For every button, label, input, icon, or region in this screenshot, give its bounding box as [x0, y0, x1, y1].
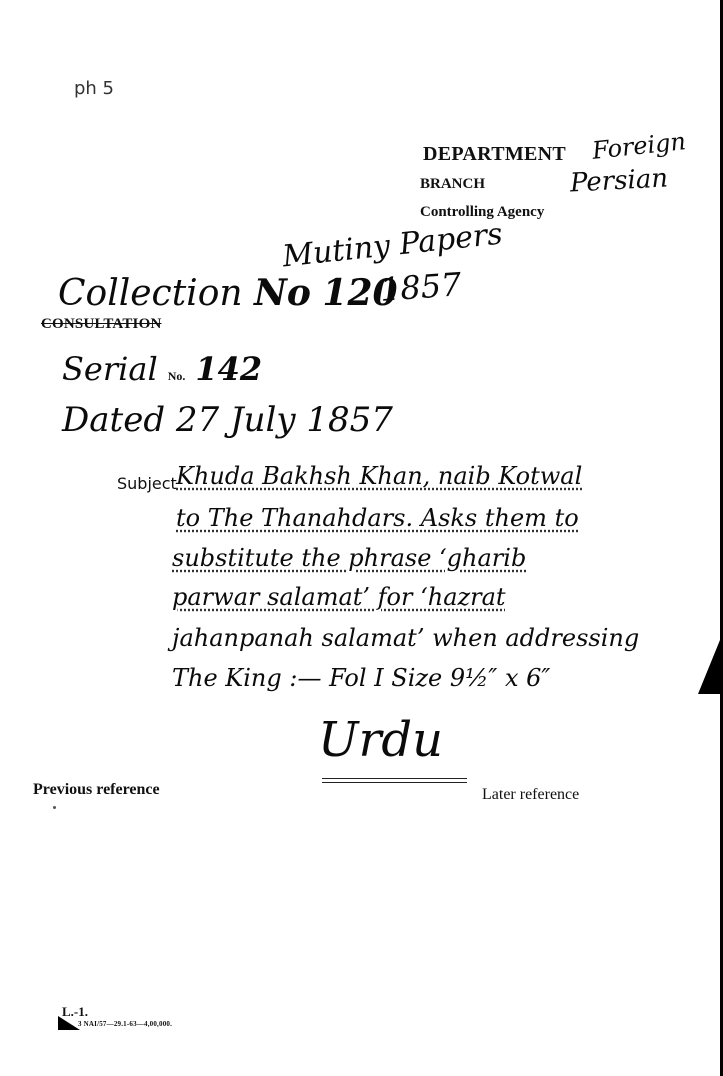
collection-text: Collection: [58, 273, 243, 314]
subject-line: to The Thanahdars. Asks them to: [176, 504, 579, 532]
serial-label: Serial: [62, 350, 158, 388]
dated-label: Dated: [62, 400, 165, 440]
serial-no-label: No.: [168, 369, 186, 384]
dated-value: 27 July 1857: [176, 400, 393, 440]
scan-shadow-mark: [698, 640, 720, 694]
collection-line: Collection No 120: [58, 272, 398, 314]
consultation-label-struck: CONSULTATION: [41, 316, 162, 333]
branch-label: BRANCH: [420, 176, 485, 193]
serial-line: Serial No. 142: [62, 350, 262, 388]
ink-speck: [53, 806, 56, 809]
language-underline: [322, 778, 467, 783]
subject-line: The King :— Fol I Size 9½″ x 6″: [172, 664, 550, 692]
language-note: Urdu: [318, 712, 443, 768]
previous-reference-label: Previous reference: [33, 781, 160, 799]
collection-title: Mutiny Papers: [281, 217, 504, 275]
form-corner-mark: [58, 1016, 80, 1030]
subject-line: jahanpanah salamat’ when addressing: [172, 624, 639, 652]
later-reference-label: Later reference: [482, 786, 579, 804]
branch-value: Persian: [569, 163, 668, 198]
dated-line: Dated 27 July 1857: [62, 400, 393, 440]
collection-no-text: No: [254, 272, 311, 314]
department-label: DEPARTMENT: [423, 143, 566, 166]
subject-line: Khuda Bakhsh Khan, naib Kotwal: [176, 462, 582, 490]
subject-line: substitute the phrase ‘gharib: [172, 544, 526, 572]
corner-pencil-note: ph 5: [74, 78, 114, 99]
form-print-line: 3 NAI/57—29.1-63—4,00,000.: [78, 1020, 172, 1028]
collection-year: 1857: [379, 265, 463, 309]
subject-line: parwar salamat’ for ‘hazrat: [172, 583, 506, 611]
department-value: Foreign: [591, 127, 687, 165]
serial-number: 142: [195, 350, 262, 388]
subject-label: Subject: [117, 474, 177, 493]
